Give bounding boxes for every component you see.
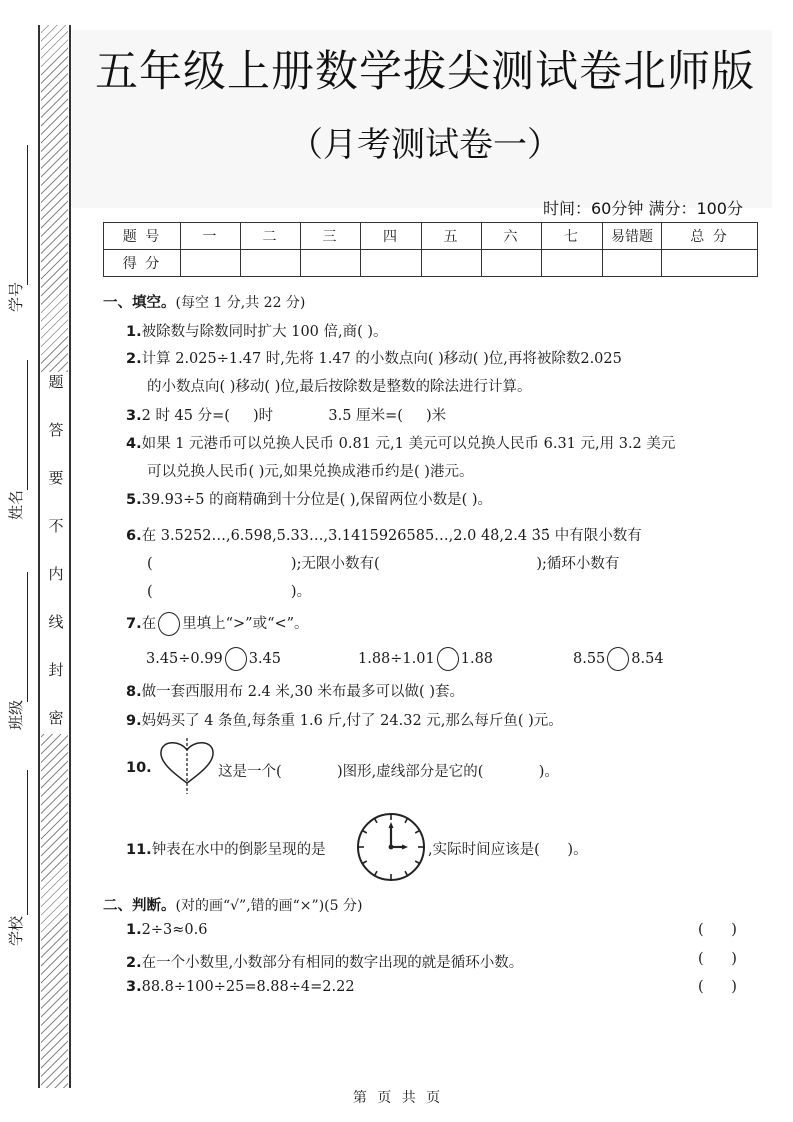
question-1-5: 5.39.93÷5 的商精确到十分位是( ),保留两位小数是( )。	[126, 488, 492, 509]
section-2-note: (对的画“√”,错的画“×”)(5 分)	[176, 898, 363, 914]
margin-line-right	[69, 25, 71, 1088]
score-row-label: 得 分	[104, 250, 181, 277]
score-header-cell: 一	[181, 223, 241, 250]
score-header-cell: 四	[361, 223, 422, 250]
question-1-11: 11.钟表在水中的倒影呈现的是	[126, 838, 326, 859]
comparison-3: 8.558.54	[573, 647, 664, 671]
question-text: 做一套西服用布 2.4 米,30 米布最多可以做( )套。	[142, 684, 464, 700]
judge-answer-box[interactable]: ( )	[698, 951, 737, 967]
question-1-3: 3.2 时 45 分=( )时 3.5 厘米=( )米	[126, 404, 446, 425]
judge-answer-box[interactable]: ( )	[698, 922, 737, 938]
question-text: 在	[142, 616, 157, 632]
question-text: 在 3.5252…,6.598,5.33…,3.1415926585…,2.0 …	[142, 528, 642, 544]
question-number: 7.	[126, 616, 142, 632]
score-table: 题 号 一 二 三 四 五 六 七 易错题 总 分 得 分	[103, 222, 758, 277]
question-text: 里填上“>”或“<”。	[182, 616, 308, 632]
question-1-10-text: 这是一个( )图形,虚线部分是它的( )。	[218, 760, 559, 781]
section-2-title: 二、判断。	[103, 898, 176, 914]
name-label: 姓名	[4, 496, 28, 520]
question-1-8: 8.做一套西服用布 2.4 米,30 米布最多可以做( )套。	[126, 680, 464, 701]
comparison-1: 3.45÷0.993.45	[146, 647, 281, 671]
question-number: 10.	[126, 760, 152, 776]
score-header-cell: 二	[241, 223, 301, 250]
score-header-cell: 三	[301, 223, 361, 250]
comparison-right: 8.54	[631, 651, 663, 667]
section-1-title: 一、填空。	[103, 295, 176, 311]
question-1-6: 6.在 3.5252…,6.598,5.33…,3.1415926585…,2.…	[126, 524, 642, 545]
clock-reflection-icon	[355, 811, 427, 883]
name-line[interactable]	[27, 360, 28, 490]
judge-question-2: 2.在一个小数里,小数部分有相同的数字出现的就是循环小数。	[126, 951, 523, 972]
section-1-heading: 一、填空。(每空 1 分,共 22 分)	[103, 291, 305, 312]
question-number: 1.	[126, 324, 142, 340]
page-title: 五年级上册数学拔尖测试卷北师版	[80, 38, 770, 99]
seal-char: 密	[44, 708, 68, 728]
section-2-heading: 二、判断。(对的画“√”,错的画“×”)(5 分)	[103, 894, 362, 915]
question-number: 6.	[126, 528, 142, 544]
judge-answer-box[interactable]: ( )	[698, 979, 737, 995]
question-1-9: 9.妈妈买了 4 条鱼,每条重 1.6 斤,付了 24.32 元,那么每斤鱼( …	[126, 709, 563, 730]
score-cell[interactable]	[361, 250, 422, 277]
question-number: 2.	[126, 351, 142, 367]
seal-char: 线	[44, 612, 68, 632]
question-1-2: 2.计算 2.025÷1.47 时,先将 1.47 的小数点向( )移动( )位…	[126, 347, 622, 368]
comparison-2: 1.88÷1.011.88	[358, 647, 493, 671]
margin-line-left	[38, 25, 40, 1088]
score-header-cell: 易错题	[603, 223, 662, 250]
compare-circle-input[interactable]	[437, 647, 459, 671]
score-header-cell: 题 号	[104, 223, 181, 250]
question-1-4-cont: 可以兑换人民币( )元,如果兑换成港币约是( )港元。	[147, 460, 473, 481]
score-cell[interactable]	[603, 250, 662, 277]
page-subtitle: （月考测试卷一）	[80, 117, 770, 166]
section-1-note: (每空 1 分,共 22 分)	[176, 295, 306, 311]
question-text: 在一个小数里,小数部分有相同的数字出现的就是循环小数。	[142, 955, 524, 971]
question-number: 5.	[126, 492, 142, 508]
question-text: 2÷3≈0.6	[142, 922, 208, 938]
comparison-right: 3.45	[249, 651, 281, 667]
question-1-7: 7.在里填上“>”或“<”。	[126, 612, 309, 636]
question-number: 8.	[126, 684, 142, 700]
compare-circle-input[interactable]	[225, 647, 247, 671]
seal-char: 封	[44, 660, 68, 680]
score-header-cell: 五	[422, 223, 482, 250]
student-id-line[interactable]	[27, 145, 28, 285]
school-line[interactable]	[27, 770, 28, 915]
seal-char: 内	[44, 564, 68, 584]
seal-char: 题	[44, 372, 68, 392]
question-1-6-cont2: ( )。	[147, 580, 311, 601]
question-text: 88.8÷100÷25=8.88÷4=2.22	[142, 979, 355, 995]
question-number: 4.	[126, 436, 142, 452]
judge-question-1: 1.2÷3≈0.6	[126, 922, 207, 938]
question-text: 2 时 45 分=( )时 3.5 厘米=( )米	[142, 408, 447, 424]
question-text: 39.93÷5 的商精确到十分位是( ),保留两位小数是( )。	[142, 492, 492, 508]
seal-char: 答	[44, 420, 68, 440]
seal-char: 要	[44, 468, 68, 488]
question-1-10: 10.	[126, 760, 152, 776]
question-number: 11.	[126, 842, 152, 858]
judge-question-3: 3.88.8÷100÷25=8.88÷4=2.22	[126, 979, 355, 995]
score-header-cell: 七	[542, 223, 603, 250]
compare-circle-icon	[158, 612, 180, 636]
question-number: 3.	[126, 979, 142, 995]
score-header-cell: 六	[482, 223, 542, 250]
question-text: 钟表在水中的倒影呈现的是	[152, 842, 326, 858]
question-1-11-text: ,实际时间应该是( )。	[428, 838, 588, 859]
score-cell[interactable]	[542, 250, 603, 277]
score-table-header-row: 题 号 一 二 三 四 五 六 七 易错题 总 分	[104, 223, 758, 250]
question-1-1: 1.被除数与除数同时扩大 100 倍,商( )。	[126, 320, 388, 341]
question-1-2-cont: 的小数点向( )移动( )位,最后按除数是整数的除法进行计算。	[147, 375, 531, 396]
question-text: 被除数与除数同时扩大 100 倍,商( )。	[142, 324, 388, 340]
score-cell[interactable]	[181, 250, 241, 277]
comparison-left: 8.55	[573, 651, 605, 667]
exam-meta: 时间：60分钟 满分：100分	[543, 196, 743, 219]
score-cell[interactable]	[422, 250, 482, 277]
question-1-6-cont: ( );无限小数有( );循环小数有	[147, 552, 619, 573]
question-number: 9.	[126, 713, 142, 729]
question-number: 1.	[126, 922, 142, 938]
comparison-left: 3.45÷0.99	[146, 651, 223, 667]
question-text: 妈妈买了 4 条鱼,每条重 1.6 斤,付了 24.32 元,那么每斤鱼( )元…	[142, 713, 563, 729]
page-footer: 第 页 共 页	[0, 1087, 793, 1107]
score-header-cell: 总 分	[662, 223, 758, 250]
seal-char: 不	[44, 516, 68, 536]
student-id-label: 学号	[4, 288, 28, 312]
score-table-score-row: 得 分	[104, 250, 758, 277]
comparison-left: 1.88÷1.01	[358, 651, 435, 667]
heart-symmetry-icon	[158, 738, 216, 796]
question-text: 如果 1 元港币可以兑换人民币 0.81 元,1 美元可以兑换人民币 6.31 …	[142, 436, 676, 452]
score-cell[interactable]	[241, 250, 301, 277]
compare-circle-input[interactable]	[607, 647, 629, 671]
class-line[interactable]	[27, 572, 28, 702]
question-number: 3.	[126, 408, 142, 424]
question-text: 计算 2.025÷1.47 时,先将 1.47 的小数点向( )移动( )位,再…	[142, 351, 622, 367]
question-number: 2.	[126, 955, 142, 971]
comparison-right: 1.88	[461, 651, 493, 667]
school-label: 学校	[4, 922, 28, 946]
score-cell[interactable]	[662, 250, 758, 277]
score-cell[interactable]	[301, 250, 361, 277]
class-label: 班级	[4, 706, 28, 730]
score-cell[interactable]	[482, 250, 542, 277]
question-1-4: 4.如果 1 元港币可以兑换人民币 0.81 元,1 美元可以兑换人民币 6.3…	[126, 432, 675, 453]
